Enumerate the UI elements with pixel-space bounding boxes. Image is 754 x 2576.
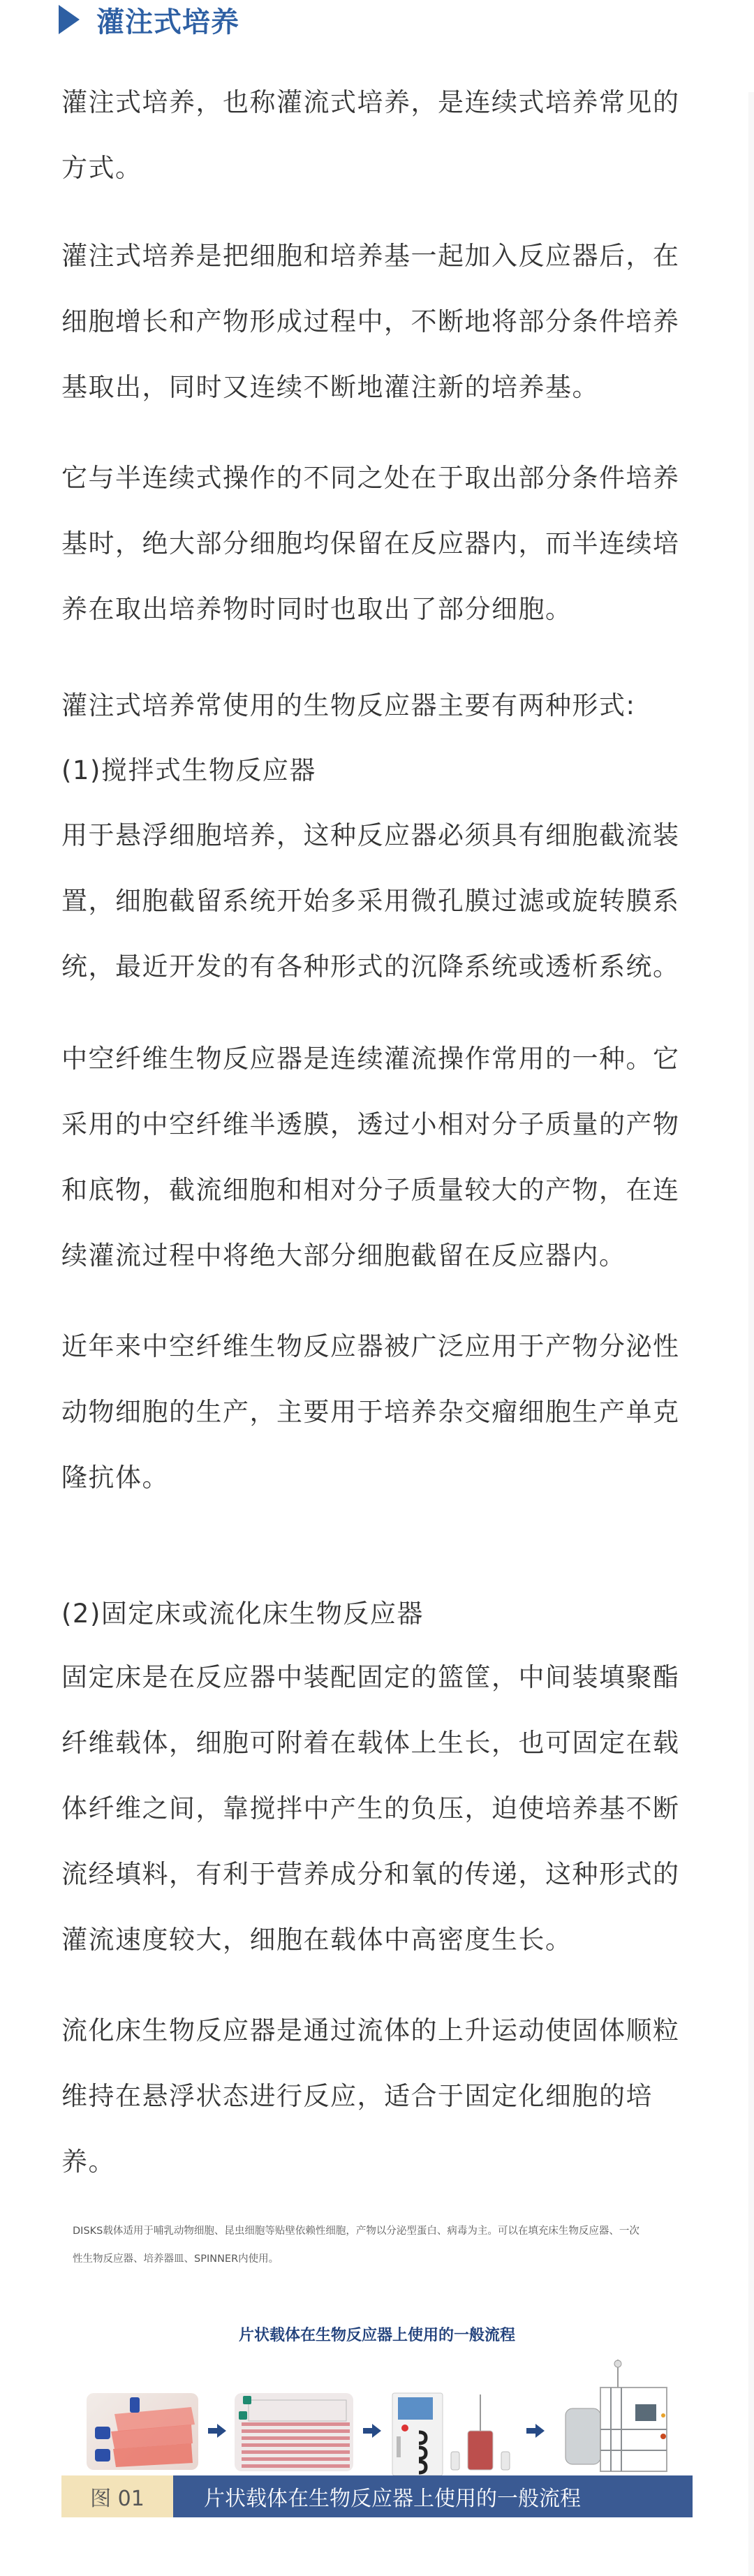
section-heading: 灌注式培养 [59, 0, 239, 39]
text-line: 它与半连续式操作的不同之处在于取出部分条件培养 [61, 445, 698, 511]
text-line: 隆抗体。 [61, 1445, 698, 1511]
text-line: 体纤维之间，靠搅拌中产生的负压，迫使培养基不断 [61, 1776, 698, 1842]
pilot-scale-bioreactor-image [552, 2360, 670, 2478]
paragraph-3: 它与半连续式操作的不同之处在于取出部分条件培养 基时，绝大部分细胞均保留在反应器… [61, 445, 698, 642]
figure-label-text: 片状载体在生物反应器上使用的一般流程 [173, 2475, 693, 2517]
text-line: 续灌流过程中将绝大部分细胞截留在反应器内。 [61, 1223, 698, 1289]
caption-line: 性生物反应器、培养器皿、SPINNER内使用。 [73, 2245, 687, 2273]
paragraph-4: 灌注式培养常使用的生物反应器主要有两种形式: (1)搅拌式生物反应器 用于悬浮细… [61, 673, 698, 1000]
text-line: 养。 [61, 2129, 698, 2195]
paragraph-1: 灌注式培养，也称灌流式培养，是连续式培养常见的 方式。 [61, 70, 698, 201]
benchtop-bioreactor-image [390, 2388, 522, 2478]
text-line: 细胞增长和产物形成过程中，不断地将部分条件培养 [61, 289, 698, 355]
caption-line: DISKS载体适用于哺乳动物细胞、昆虫细胞等贴壁依赖性细胞，产物以分泌型蛋白、病… [73, 2217, 687, 2245]
text-line: 动物细胞的生产，主要用于培养杂交瘤细胞生产单克 [61, 1379, 698, 1445]
text-line: 灌流速度较大，细胞在载体中高密度生长。 [61, 1907, 698, 1973]
paragraph-2: 灌注式培养是把细胞和培养基一起加入反应器后，在 细胞增长和产物形成过程中，不断地… [61, 223, 698, 420]
figure-number: 图 01 [61, 2475, 173, 2517]
text-line: 灌注式培养，也称灌流式培养，是连续式培养常见的 [61, 70, 698, 135]
text-line: 固定床是在反应器中装配固定的篮筐，中间装填聚酯 [61, 1645, 698, 1710]
text-line: 近年来中空纤维生物反应器被广泛应用于产物分泌性 [61, 1314, 698, 1379]
paragraph-8: 流化床生物反应器是通过流体的上升运动使固体顺粒 维持在悬浮状态进行反应，适合于固… [61, 1998, 698, 2195]
multilayer-cell-factory-image [235, 2393, 353, 2471]
text-line: 方式。 [61, 135, 698, 201]
subheading-stirred-bioreactor: (1)搅拌式生物反应器 [61, 739, 698, 803]
process-figure: 片状载体在生物反应器上使用的一般流程 [61, 2318, 693, 2492]
text-line: 基取出，同时又连续不断地灌注新的培养基。 [61, 355, 698, 420]
arrow-right-icon [363, 2424, 381, 2438]
text-line: 流化床生物反应器是通过流体的上升运动使固体顺粒 [61, 1998, 698, 2064]
text-line: 纤维载体，细胞可附着在载体上生长，也可固定在载 [61, 1710, 698, 1776]
figure-label-bar: 图 01 片状载体在生物反应器上使用的一般流程 [61, 2475, 693, 2517]
text-line: 基时，绝大部分细胞均保留在反应器内，而半连续培 [61, 511, 698, 577]
text-line: 用于悬浮细胞培养，这种反应器必须具有细胞截流装 [61, 803, 698, 868]
text-line: 采用的中空纤维半透膜，透过小相对分子质量的产物 [61, 1092, 698, 1157]
scrollbar-track[interactable] [748, 92, 754, 2576]
text-line: 中空纤维生物反应器是连续灌流操作常用的一种。它 [61, 1026, 698, 1092]
play-triangle-icon [59, 5, 80, 34]
cell-culture-flasks-image [87, 2393, 198, 2470]
text-line: 统，最近开发的有各种形式的沉降系统或透析系统。 [61, 934, 698, 1000]
arrow-right-icon [526, 2424, 545, 2438]
text-line: 灌注式培养常使用的生物反应器主要有两种形式: [61, 673, 698, 739]
text-line: 置，细胞截留系统开始多采用微孔膜过滤或旋转膜系 [61, 868, 698, 934]
text-line: 和底物，截流细胞和相对分子质量较大的产物，在连 [61, 1157, 698, 1223]
text-line: 灌注式培养是把细胞和培养基一起加入反应器后，在 [61, 223, 698, 289]
figure-title: 片状载体在生物反应器上使用的一般流程 [61, 2323, 693, 2345]
paragraph-5: 中空纤维生物反应器是连续灌流操作常用的一种。它 采用的中空纤维半透膜，透过小相对… [61, 1026, 698, 1289]
text-line: 维持在悬浮状态进行反应，适合于固定化细胞的培 [61, 2064, 698, 2129]
text-line: 养在取出培养物时同时也取出了部分细胞。 [61, 577, 698, 642]
section-title: 灌注式培养 [96, 0, 239, 40]
image-caption: DISKS载体适用于哺乳动物细胞、昆虫细胞等贴壁依赖性细胞，产物以分泌型蛋白、病… [73, 2217, 687, 2273]
arrow-right-icon [208, 2424, 226, 2438]
paragraph-6: 近年来中空纤维生物反应器被广泛应用于产物分泌性 动物细胞的生产，主要用于培养杂交… [61, 1314, 698, 1511]
text-line: 流经填料，有利于营养成分和氧的传递，这种形式的 [61, 1842, 698, 1907]
paragraph-7: (2)固定床或流化床生物反应器 固定床是在反应器中装配固定的篮筐，中间装填聚酯 … [61, 1583, 698, 1973]
subheading-fixed-bed-bioreactor: (2)固定床或流化床生物反应器 [61, 1583, 698, 1645]
